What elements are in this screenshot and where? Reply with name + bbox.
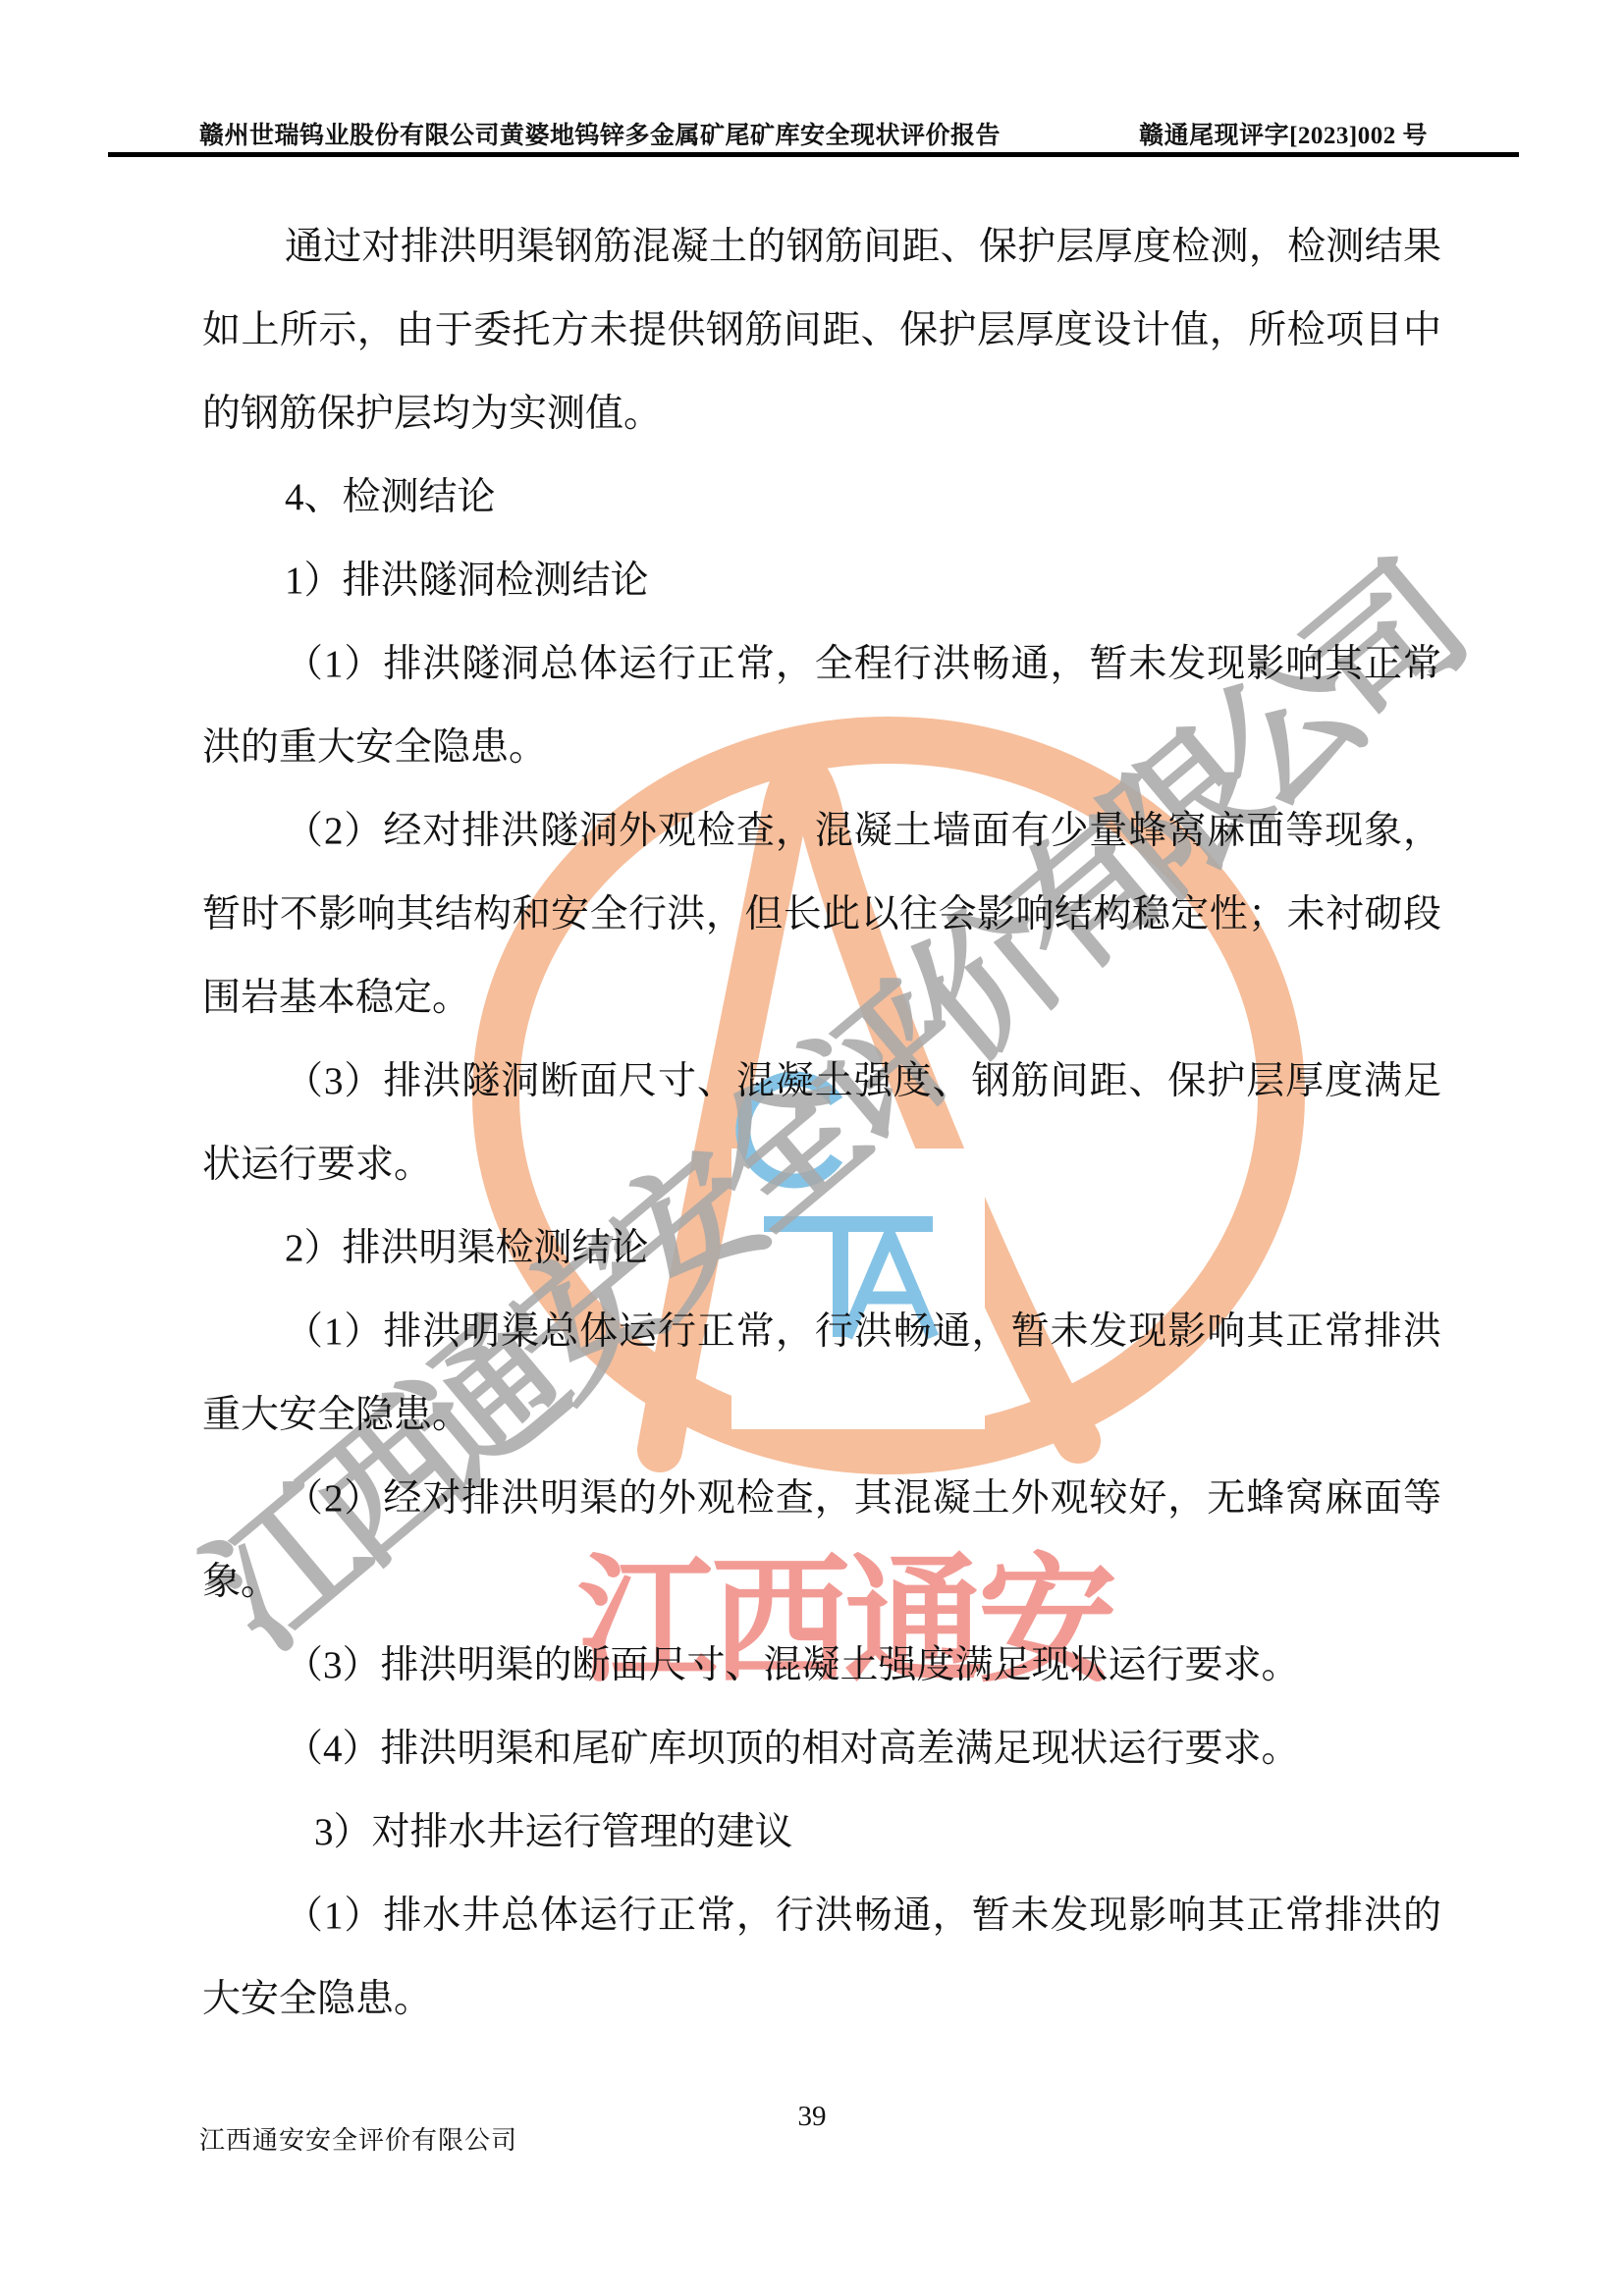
body-line: 暂时不影响其结构和安全行洪，但长此以往会影响结构稳定性；未衬砌段 [202, 873, 1441, 956]
body-line: （2）经对排洪隧洞外观检查，混凝土墙面有少量蜂窝麻面等现象，虽 [202, 789, 1441, 873]
body-text: 通过对排洪明渠钢筋混凝土的钢筋间距、保护层厚度检测，检测结果如上所示，由于委托方… [202, 205, 1441, 2041]
footer-company-name: 江西通安安全评价有限公司 [199, 2120, 517, 2157]
body-line: 4、检测结论 [202, 455, 1441, 539]
body-line: 2）排洪明渠检测结论 [202, 1206, 1441, 1290]
body-line: 大安全隐患。 [202, 1957, 1441, 2041]
body-line: （1）排水井总体运行正常，行洪畅通，暂未发现影响其正常排洪的重 [202, 1874, 1441, 1957]
report-page: 江西通安安全评价有限公司 江西通安 赣州世瑞钨业股份有限公司黄婆地钨锌多金属矿尾… [0, 0, 1624, 2296]
body-line: （1）排洪隧洞总体运行正常，全程行洪畅通，暂未发现影响其正常排 [202, 622, 1441, 706]
body-line: 围岩基本稳定。 [202, 956, 1441, 1040]
body-line: 的钢筋保护层均为实测值。 [202, 372, 1441, 455]
body-line: 通过对排洪明渠钢筋混凝土的钢筋间距、保护层厚度检测，检测结果 [202, 205, 1441, 289]
body-line: 洪的重大安全隐患。 [202, 706, 1441, 789]
body-line: 重大安全隐患。 [202, 1373, 1441, 1457]
body-line: 如上所示，由于委托方未提供钢筋间距、保护层厚度设计值，所检项目中 [202, 289, 1441, 372]
body-line: 象。 [202, 1540, 1441, 1624]
body-line: （4）排洪明渠和尾矿库坝顶的相对高差满足现状运行要求。 [202, 1707, 1441, 1790]
body-line: 3）对排水井运行管理的建议 [202, 1790, 1441, 1874]
body-line: （3）排洪明渠的断面尺寸、混凝土强度满足现状运行要求。 [202, 1624, 1441, 1707]
body-line: 1）排洪隧洞检测结论 [202, 539, 1441, 622]
body-line: 状运行要求。 [202, 1123, 1441, 1206]
body-line: （2）经对排洪明渠的外观检查，其混凝土外观较好，无蜂窝麻面等现 [202, 1457, 1441, 1540]
body-line: （3）排洪隧洞断面尺寸、混凝土强度、钢筋间距、保护层厚度满足现 [202, 1040, 1441, 1123]
body-line: （1）排洪明渠总体运行正常，行洪畅通，暂未发现影响其正常排洪的 [202, 1290, 1441, 1373]
